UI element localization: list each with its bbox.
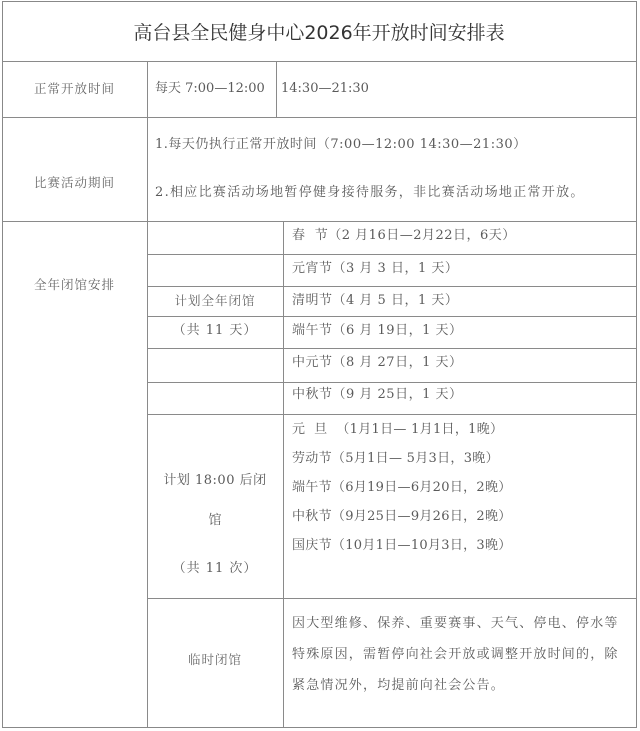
divider bbox=[2, 221, 636, 222]
divider bbox=[147, 414, 636, 415]
evening-closure-label-cont: 馆 bbox=[147, 513, 283, 529]
divider bbox=[2, 61, 636, 62]
divider bbox=[147, 348, 636, 349]
divider bbox=[147, 316, 636, 317]
divider bbox=[147, 286, 636, 287]
full-day-closure-label: 计划全年闭馆 bbox=[147, 293, 283, 309]
closure-item-mid-autumn: 中秋节（9 月 25日，1 天） bbox=[292, 387, 462, 403]
closure-item-dragon-boat: 端午节（6 月 19日，1 天） bbox=[292, 323, 462, 339]
evening-item-new-year: 元 旦 （1月1日— 1月1日，1晚） bbox=[292, 422, 503, 438]
evening-item-labor-day: 劳动节（5月1日— 5月3日，3晚） bbox=[292, 451, 499, 467]
divider bbox=[2, 117, 636, 118]
temporary-closure-label: 临时闭馆 bbox=[147, 652, 283, 668]
divider bbox=[147, 598, 636, 599]
evening-closure-label: 计划 18:00 后闭 bbox=[147, 473, 283, 489]
competition-label: 比赛活动期间 bbox=[2, 175, 147, 191]
normal-hours-morning: 每天 7:00—12:00 bbox=[155, 81, 265, 97]
closure-item-zhongyuan: 中元节（8 月 27日，1 天） bbox=[292, 355, 462, 371]
closure-item-lantern: 元宵节（3 月 3 日，1 天） bbox=[292, 261, 458, 277]
full-day-closure-count: （共 11 天） bbox=[147, 323, 283, 339]
closure-item-qingming: 清明节（4 月 5 日，1 天） bbox=[292, 293, 458, 309]
divider bbox=[276, 61, 277, 117]
competition-item-1: 1.每天仍执行正常开放时间（7:00—12:00 14:30—21:30） bbox=[155, 137, 527, 153]
competition-item-2: 2.相应比赛活动场地暂停健身接待服务，非比赛活动场地正常开放。 bbox=[155, 185, 585, 201]
normal-hours-afternoon: 14:30—21:30 bbox=[281, 81, 369, 97]
divider bbox=[147, 61, 148, 727]
closure-item-spring-festival: 春 节（2 月16日—2月22日，6天） bbox=[292, 228, 516, 244]
table-title: 高台县全民健身中心2026年开放时间安排表 bbox=[2, 1, 636, 61]
annual-closure-label: 全年闭馆安排 bbox=[2, 277, 147, 293]
divider bbox=[283, 221, 284, 727]
divider bbox=[147, 382, 636, 383]
normal-hours-label: 正常开放时间 bbox=[2, 81, 147, 97]
evening-item-dragon-boat: 端午节（6月19日—6月20日，2晚） bbox=[292, 480, 512, 496]
evening-item-national-day: 国庆节（10月1日—10月3日，3晚） bbox=[292, 538, 512, 554]
evening-closure-count: （共 11 次） bbox=[147, 561, 283, 577]
temporary-closure-text: 因大型维修、保养、重要赛事、天气、停电、停水等特殊原因，需暂停向社会开放或调整开… bbox=[292, 608, 632, 701]
evening-item-mid-autumn: 中秋节（9月25日—9月26日，2晚） bbox=[292, 509, 512, 525]
divider bbox=[147, 254, 636, 255]
